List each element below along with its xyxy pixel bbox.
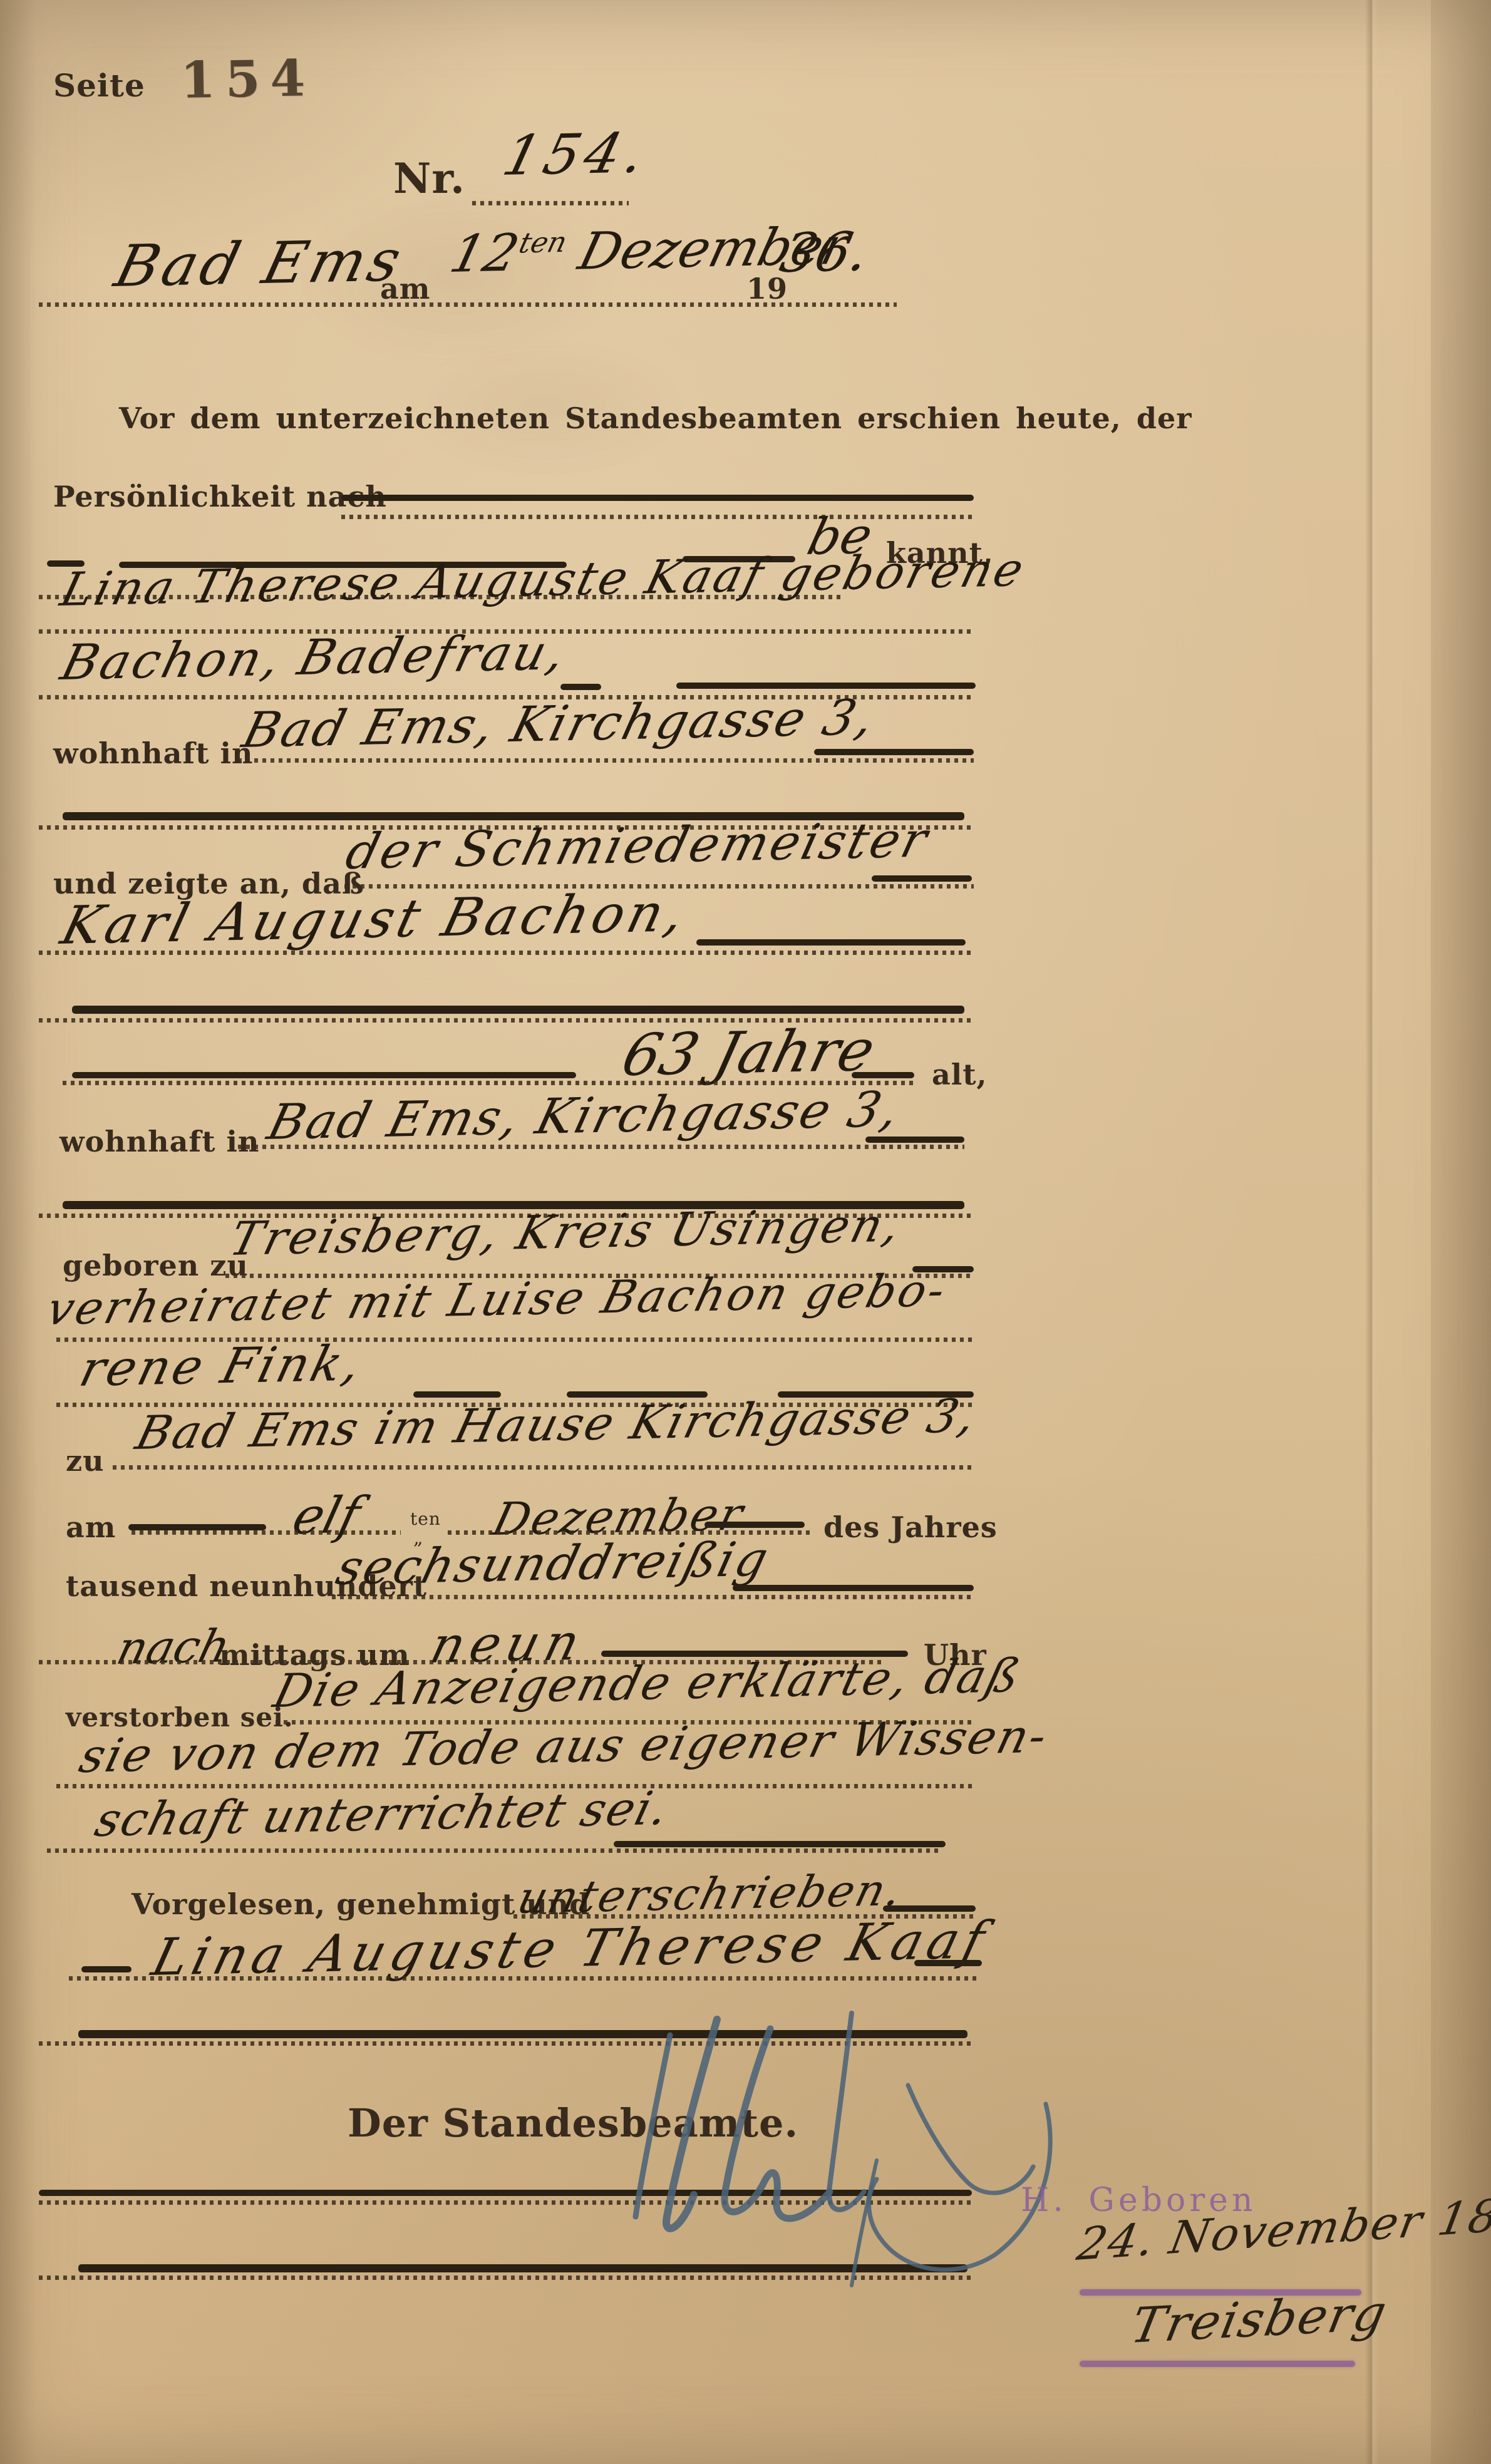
birthplace-handwritten: Treisberg, Kreis Usingen, xyxy=(225,1202,907,1262)
record-number-handwritten: 154. xyxy=(498,125,655,183)
deceased-title-handwritten: der Schmiedemeister xyxy=(341,816,934,877)
scanned-death-register-page: Seite 154 Nr. 154. Bad Ems am 12ten Deze… xyxy=(0,0,1491,2464)
alt-label: alt, xyxy=(932,1060,988,1089)
form-rule-dotted xyxy=(332,1595,974,1599)
form-rule-dotted xyxy=(341,515,974,519)
declarant-signature-handwritten: Lina Auguste Therese Kaaf xyxy=(147,1915,994,1984)
form-rule-solid xyxy=(852,1072,914,1078)
am-label: am xyxy=(66,1513,116,1542)
wohnhaft-label: wohnhaft in xyxy=(53,739,253,768)
record-day-suffix: ten xyxy=(516,225,570,260)
declaration-line3-handwritten: schaft unterrichtet sei. xyxy=(91,1785,674,1843)
year-handwritten: 36. xyxy=(775,225,875,281)
persoenlichkeit-label: Persönlichkeit nach xyxy=(53,482,387,511)
form-rule-solid xyxy=(560,684,601,690)
deceased-age-handwritten: 63 Jahre xyxy=(617,1022,880,1085)
form-rule-dotted xyxy=(39,951,972,955)
form-rule-solid xyxy=(341,495,974,501)
form-rule-solid xyxy=(72,1006,964,1014)
form-intro-line: Vor dem unterzeichneten Standesbeamten e… xyxy=(119,404,1192,433)
form-rule-dotted xyxy=(113,1465,974,1470)
form-rule-solid xyxy=(128,1524,266,1530)
zu-label: zu xyxy=(66,1446,105,1475)
marriage-line2-handwritten: rene Fink, xyxy=(75,1339,368,1394)
deceased-name-handwritten: Karl August Bachon, xyxy=(56,886,693,952)
declaration-line1-handwritten: Die Anzeigende erklärte, daß xyxy=(269,1652,1026,1714)
wohnhaft-label: wohnhaft in xyxy=(59,1127,259,1156)
page-number-stamp: 154 xyxy=(180,53,315,105)
form-rule-dotted xyxy=(39,302,897,307)
geboren-label: geboren zu xyxy=(63,1251,249,1280)
unterschrieben-handwritten: unterschrieben. xyxy=(513,1868,908,1920)
declarant-name-handwritten: Lina Therese Auguste Kaaf geborene xyxy=(56,547,1030,613)
declarant-name2-handwritten: Bachon, Badefrau, xyxy=(56,628,572,688)
des-jahres-label: des Jahres xyxy=(823,1513,998,1542)
form-rule-dotted xyxy=(47,1848,942,1853)
form-rule-solid xyxy=(865,1137,964,1143)
form-rule-dotted xyxy=(69,1976,977,1981)
form-rule-dotted xyxy=(472,201,629,205)
form-rule-solid xyxy=(614,1841,946,1847)
form-rule-dotted xyxy=(132,1530,401,1535)
form-rule-solid xyxy=(696,939,966,946)
death-year-handwritten: sechsunddreißig xyxy=(332,1535,774,1592)
paper-left-edge-shading xyxy=(0,0,36,2464)
paper-fold-crease xyxy=(1365,0,1379,2464)
deceased-residence-handwritten: Bad Ems, Kirchgasse 3, xyxy=(263,1085,905,1147)
birth-place-handwritten: Treisberg xyxy=(1127,2289,1391,2351)
page-label: Seite xyxy=(53,70,145,101)
form-rule-dotted xyxy=(238,758,974,763)
ordinal-suffix-label: ten xyxy=(410,1510,441,1528)
declarant-residence-handwritten: Bad Ems, Kirchgasse 3, xyxy=(238,693,880,755)
form-rule-solid xyxy=(704,1522,805,1528)
form-rule-dotted xyxy=(238,1145,964,1149)
record-place-handwritten: Bad Ems xyxy=(110,232,410,296)
form-rule-solid xyxy=(733,1585,974,1591)
record-number-label: Nr. xyxy=(393,158,465,199)
stamp-underline xyxy=(1080,2361,1355,2367)
form-rule-solid xyxy=(676,683,976,689)
record-day: 12 xyxy=(445,224,525,284)
paper-right-edge-shading xyxy=(1431,0,1491,2464)
form-rule-solid xyxy=(872,875,972,882)
form-rule-solid xyxy=(914,1960,982,1966)
registrar-signature-ink xyxy=(582,2010,1146,2298)
form-rule-solid xyxy=(81,1966,132,1972)
form-rule-solid xyxy=(413,1391,501,1398)
form-rule-solid xyxy=(72,1072,576,1078)
am-label: am xyxy=(380,274,430,303)
form-rule-solid xyxy=(814,749,974,755)
